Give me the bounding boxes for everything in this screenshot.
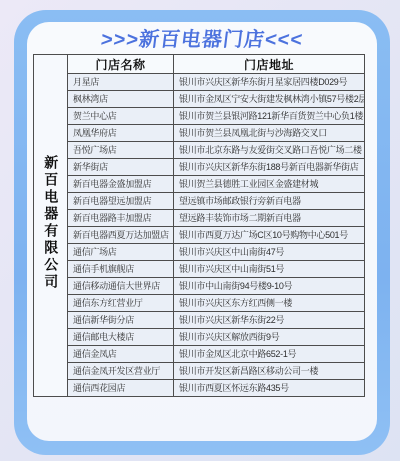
table-row: 枫林湾店银川市金凤区宁安大街建发枫林湾小镇57号楼2层	[34, 91, 365, 108]
store-name-cell: 通信移动通信大世界店	[68, 278, 174, 295]
store-address-cell: 银川市兴庆区新华东街22号	[174, 312, 365, 329]
table-row: 贺兰中心店银川市贺兰县银河路121新华百货贺兰中心负1楼	[34, 108, 365, 125]
store-list-card: >>>新百电器门店<<< 新百电器有限公司 门店名称 门店地址 月星店银川市兴庆…	[14, 10, 390, 455]
store-address-cell: 银川市兴庆区中山南街51号	[174, 261, 365, 278]
page-title: >>>新百电器门店<<<	[27, 28, 377, 52]
store-name-cell: 通信金凤开发区营业厅	[68, 363, 174, 380]
store-name-cell: 凤凰华府店	[68, 125, 174, 142]
store-name-cell: 新百电器金盛加盟店	[68, 176, 174, 193]
store-name-cell: 新百电器路丰加盟店	[68, 210, 174, 227]
store-name-cell: 月星店	[68, 74, 174, 91]
column-header-store-address: 门店地址	[174, 55, 365, 74]
table-row: 凤凰华府店银川市贺兰县凤凰北街与沙海路交叉口	[34, 125, 365, 142]
company-name-vertical-label: 新百电器有限公司	[43, 155, 58, 291]
store-address-cell: 银川市金凤区宁安大街建发枫林湾小镇57号楼2层	[174, 91, 365, 108]
company-cell: 新百电器有限公司	[34, 55, 68, 397]
store-address-cell: 银川市兴庆区中山南街47号	[174, 244, 365, 261]
store-address-cell: 银川市贺兰县凤凰北街与沙海路交叉口	[174, 125, 365, 142]
store-address-cell: 望远路丰装饰市场二期新百电器	[174, 210, 365, 227]
table-row: 通信东方红营业厅银川市兴庆区东方红西侧一楼	[34, 295, 365, 312]
table-row: 通信广场店银川市兴庆区中山南街47号	[34, 244, 365, 261]
table-row: 月星店银川市兴庆区新华东街月星家居四楼D029号	[34, 74, 365, 91]
store-name-cell: 新百电器望远加盟店	[68, 193, 174, 210]
column-header-store-name: 门店名称	[68, 55, 174, 74]
store-address-cell: 银川市兴庆区东方红西侧一楼	[174, 295, 365, 312]
store-address-cell: 银川市兴庆区新华东街188号新百电器新华街店	[174, 159, 365, 176]
store-name-cell: 通信新华街分店	[68, 312, 174, 329]
store-address-cell: 银川市中山南街94号楼9-10号	[174, 278, 365, 295]
store-name-cell: 通信东方红营业厅	[68, 295, 174, 312]
table-row: 通信手机旗舰店银川市兴庆区中山南街51号	[34, 261, 365, 278]
store-table-body: 新百电器有限公司 门店名称 门店地址 月星店银川市兴庆区新华东街月星家居四楼D0…	[34, 55, 365, 397]
store-name-cell: 通信西花园店	[68, 380, 174, 397]
table-row: 新百电器金盛加盟店银川贺兰县德胜工业园区金盛建材城	[34, 176, 365, 193]
table-row: 通信金凤店银川市金凤区北京中路652-1号	[34, 346, 365, 363]
store-address-cell: 银川市开发区新昌路区移动公司一楼	[174, 363, 365, 380]
store-name-cell: 新华街店	[68, 159, 174, 176]
table-row: 通信邮电大楼店银川市兴庆区解放西街9号	[34, 329, 365, 346]
store-name-cell: 通信金凤店	[68, 346, 174, 363]
store-address-cell: 银川市贺兰县银河路121新华百货贺兰中心负1楼	[174, 108, 365, 125]
store-table: 新百电器有限公司 门店名称 门店地址 月星店银川市兴庆区新华东街月星家居四楼D0…	[33, 54, 365, 397]
store-address-cell: 银川市西夏万达广场C区10号购物中心501号	[174, 227, 365, 244]
store-address-cell: 银川市西夏区怀远东路435号	[174, 380, 365, 397]
store-address-cell: 银川市兴庆区新华东街月星家居四楼D029号	[174, 74, 365, 91]
store-name-cell: 通信手机旗舰店	[68, 261, 174, 278]
store-address-cell: 银川贺兰县德胜工业园区金盛建材城	[174, 176, 365, 193]
store-name-cell: 吾悦广场店	[68, 142, 174, 159]
store-address-cell: 银川市金凤区北京中路652-1号	[174, 346, 365, 363]
store-name-cell: 枫林湾店	[68, 91, 174, 108]
table-row: 通信西花园店银川市西夏区怀远东路435号	[34, 380, 365, 397]
table-row: 吾悦广场店银川市北京东路与友爱街交叉路口吾悦广场二楼	[34, 142, 365, 159]
table-row: 新华街店银川市兴庆区新华东街188号新百电器新华街店	[34, 159, 365, 176]
store-address-cell: 银川市兴庆区解放西街9号	[174, 329, 365, 346]
table-row: 新百电器望远加盟店望远镇市场邮政银行旁新百电器	[34, 193, 365, 210]
table-row: 新百电器西夏万达加盟店银川市西夏万达广场C区10号购物中心501号	[34, 227, 365, 244]
table-header-row: 新百电器有限公司 门店名称 门店地址	[34, 55, 365, 74]
store-name-cell: 通信广场店	[68, 244, 174, 261]
store-name-cell: 新百电器西夏万达加盟店	[68, 227, 174, 244]
store-name-cell: 贺兰中心店	[68, 108, 174, 125]
store-address-cell: 望远镇市场邮政银行旁新百电器	[174, 193, 365, 210]
store-address-cell: 银川市北京东路与友爱街交叉路口吾悦广场二楼	[174, 142, 365, 159]
table-row: 通信新华街分店银川市兴庆区新华东街22号	[34, 312, 365, 329]
card-body: >>>新百电器门店<<< 新百电器有限公司 门店名称 门店地址 月星店银川市兴庆…	[27, 22, 377, 441]
table-row: 新百电器路丰加盟店望远路丰装饰市场二期新百电器	[34, 210, 365, 227]
table-row: 通信移动通信大世界店银川市中山南街94号楼9-10号	[34, 278, 365, 295]
store-name-cell: 通信邮电大楼店	[68, 329, 174, 346]
table-row: 通信金凤开发区营业厅银川市开发区新昌路区移动公司一楼	[34, 363, 365, 380]
